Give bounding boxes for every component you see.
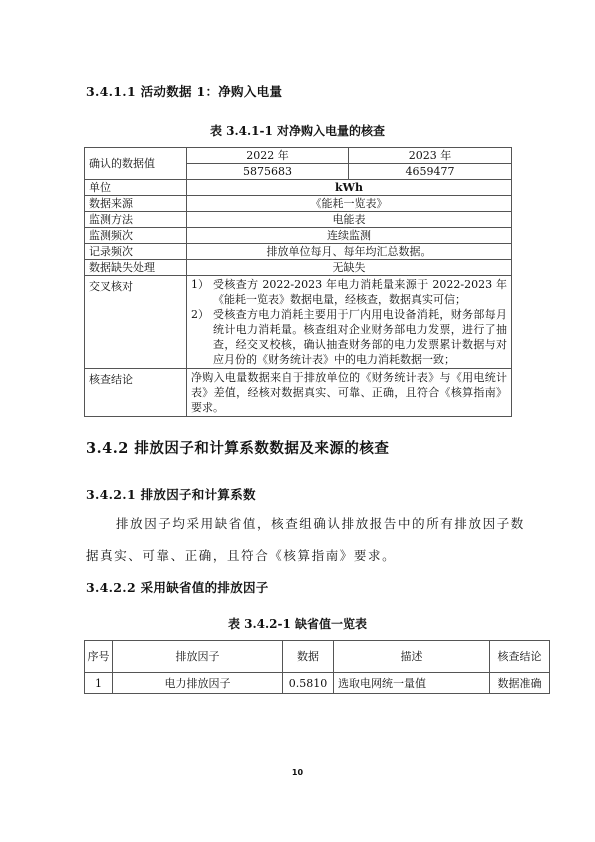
table-caption-3-4-2-1: 表 3.4.2-1 缺省值一览表: [0, 615, 595, 632]
table-row: 数据来源 《能耗一览表》: [85, 196, 512, 212]
cell-emission-factor: 电力排放因子: [113, 673, 283, 694]
list-number: 2）: [191, 307, 213, 367]
section-heading-3-4-2-1: 3.4.2.1 排放因子和计算系数: [86, 485, 256, 503]
confirmed-value-label: 确认的数据值: [85, 148, 187, 180]
table-header-row: 序号 排放因子 数据 描述 核查结论: [85, 641, 550, 673]
row-label: 数据缺失处理: [85, 260, 187, 276]
row-value: 无缺失: [187, 260, 512, 276]
list-text: 受核查方电力消耗主要用于厂内用电设备消耗，财务部每月统计电力消耗量。核查组对企业…: [213, 307, 507, 367]
cross-check-item-2: 2） 受核查方电力消耗主要用于厂内用电设备消耗，财务部每月统计电力消耗量。核查组…: [191, 307, 507, 367]
row-value: 《能耗一览表》: [187, 196, 512, 212]
cross-check-label: 交叉核对: [85, 276, 187, 369]
header-description: 描述: [334, 641, 490, 673]
cross-check-content: 1） 受核查方 2022-2023 年电力消耗量来源于 2022-2023 年《…: [187, 276, 512, 369]
table-row: 监测方法 电能表: [85, 212, 512, 228]
cell-conclusion: 数据准确: [490, 673, 550, 694]
section-heading-3-4-2: 3.4.2 排放因子和计算系数数据及来源的核查: [86, 437, 389, 458]
row-value: 排放单位每月、每年均汇总数据。: [187, 244, 512, 260]
header-index: 序号: [85, 641, 113, 673]
row-label: 数据来源: [85, 196, 187, 212]
header-emission-factor: 排放因子: [113, 641, 283, 673]
conclusion-text: 净购入电量数据来自于排放单位的《财务统计表》与《用电统计表》差值，经核对数据真实…: [187, 369, 512, 417]
row-label: 监测方法: [85, 212, 187, 228]
row-value: kWh: [187, 180, 512, 196]
row-value: 电能表: [187, 212, 512, 228]
year-2023-header: 2023 年: [349, 148, 512, 164]
value-2023: 4659477: [349, 164, 512, 180]
cell-index: 1: [85, 673, 113, 694]
table-caption-3-4-1-1: 表 3.4.1-1 对净购入电量的核查: [0, 122, 595, 139]
default-values-table: 序号 排放因子 数据 描述 核查结论 1 电力排放因子 0.5810 选取电网统…: [84, 640, 550, 694]
page-number: 10: [0, 768, 595, 777]
value-2022: 5875683: [187, 164, 349, 180]
table-row: 监测频次 连续监测: [85, 228, 512, 244]
table-row: 记录频次 排放单位每月、每年均汇总数据。: [85, 244, 512, 260]
row-value: 连续监测: [187, 228, 512, 244]
year-2022-header: 2022 年: [187, 148, 349, 164]
paragraph-emission-factors: 排放因子均采用缺省值，核查组确认排放报告中的所有排放因子数据真实、可靠、正确，且…: [86, 508, 526, 572]
row-label: 单位: [85, 180, 187, 196]
conclusion-label: 核查结论: [85, 369, 187, 417]
section-heading-3-4-1-1: 3.4.1.1 活动数据 1：净购入电量: [86, 82, 282, 100]
list-number: 1）: [191, 277, 213, 307]
conclusion-row: 核查结论 净购入电量数据来自于排放单位的《财务统计表》与《用电统计表》差值，经核…: [85, 369, 512, 417]
net-purchased-electricity-table: 确认的数据值 2022 年 2023 年 5875683 4659477 单位 …: [84, 147, 512, 417]
cell-data: 0.5810: [283, 673, 334, 694]
row-label: 监测频次: [85, 228, 187, 244]
list-text: 受核查方 2022-2023 年电力消耗量来源于 2022-2023 年《能耗一…: [213, 277, 507, 307]
cross-check-item-1: 1） 受核查方 2022-2023 年电力消耗量来源于 2022-2023 年《…: [191, 277, 507, 307]
header-data: 数据: [283, 641, 334, 673]
row-label: 记录频次: [85, 244, 187, 260]
section-heading-3-4-2-2: 3.4.2.2 采用缺省值的排放因子: [86, 578, 269, 596]
cell-description: 选取电网统一量值: [334, 673, 490, 694]
table-row: 数据缺失处理 无缺失: [85, 260, 512, 276]
cross-check-row: 交叉核对 1） 受核查方 2022-2023 年电力消耗量来源于 2022-20…: [85, 276, 512, 369]
table-row: 单位 kWh: [85, 180, 512, 196]
paragraph-text: 排放因子均采用缺省值，核查组确认排放报告中的所有排放因子数据真实、可靠、正确，且…: [86, 516, 525, 563]
table-row: 1 电力排放因子 0.5810 选取电网统一量值 数据准确: [85, 673, 550, 694]
header-conclusion: 核查结论: [490, 641, 550, 673]
